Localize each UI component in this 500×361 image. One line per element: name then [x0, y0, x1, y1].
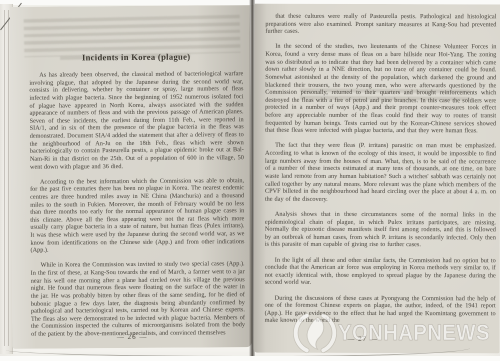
- paragraph: that these cultures were really of Paste…: [265, 13, 496, 36]
- page-edge-line: [4, 10, 5, 346]
- paragraph: The fact that they were fleas (P. irrita…: [265, 142, 496, 204]
- page-number-right: — 27 —: [254, 335, 472, 344]
- paragraph: In the second of the studies, two lieute…: [265, 43, 496, 135]
- paragraph: While in Korea the Commission was invite…: [31, 261, 246, 339]
- paragraph: As has already been observed, the classi…: [29, 70, 244, 171]
- section-title: Incidents in Korea (plague): [29, 51, 243, 62]
- page-edge-line: [8, 10, 9, 346]
- left-page-text-column: Incidents in Korea (plague) As has alrea…: [29, 5, 245, 338]
- left-page: Incidents in Korea (plague) As has alrea…: [10, 5, 252, 349]
- page-number-left: — 26 —: [12, 332, 252, 342]
- paragraph: According to the best information which …: [30, 177, 245, 255]
- paragraph: During the discussions of these cases at…: [265, 294, 496, 325]
- right-page-text-column: that these cultures were really of Paste…: [265, 4, 497, 326]
- scan-margin-bottom: [0, 356, 500, 361]
- paragraph: Analysis shows that in these circumstanc…: [265, 211, 496, 250]
- right-page: that these cultures were really of Paste…: [254, 4, 500, 354]
- paragraph: In the light of all these and other simi…: [265, 256, 496, 287]
- scanned-book-photo: Incidents in Korea (plague) As has alrea…: [0, 0, 500, 361]
